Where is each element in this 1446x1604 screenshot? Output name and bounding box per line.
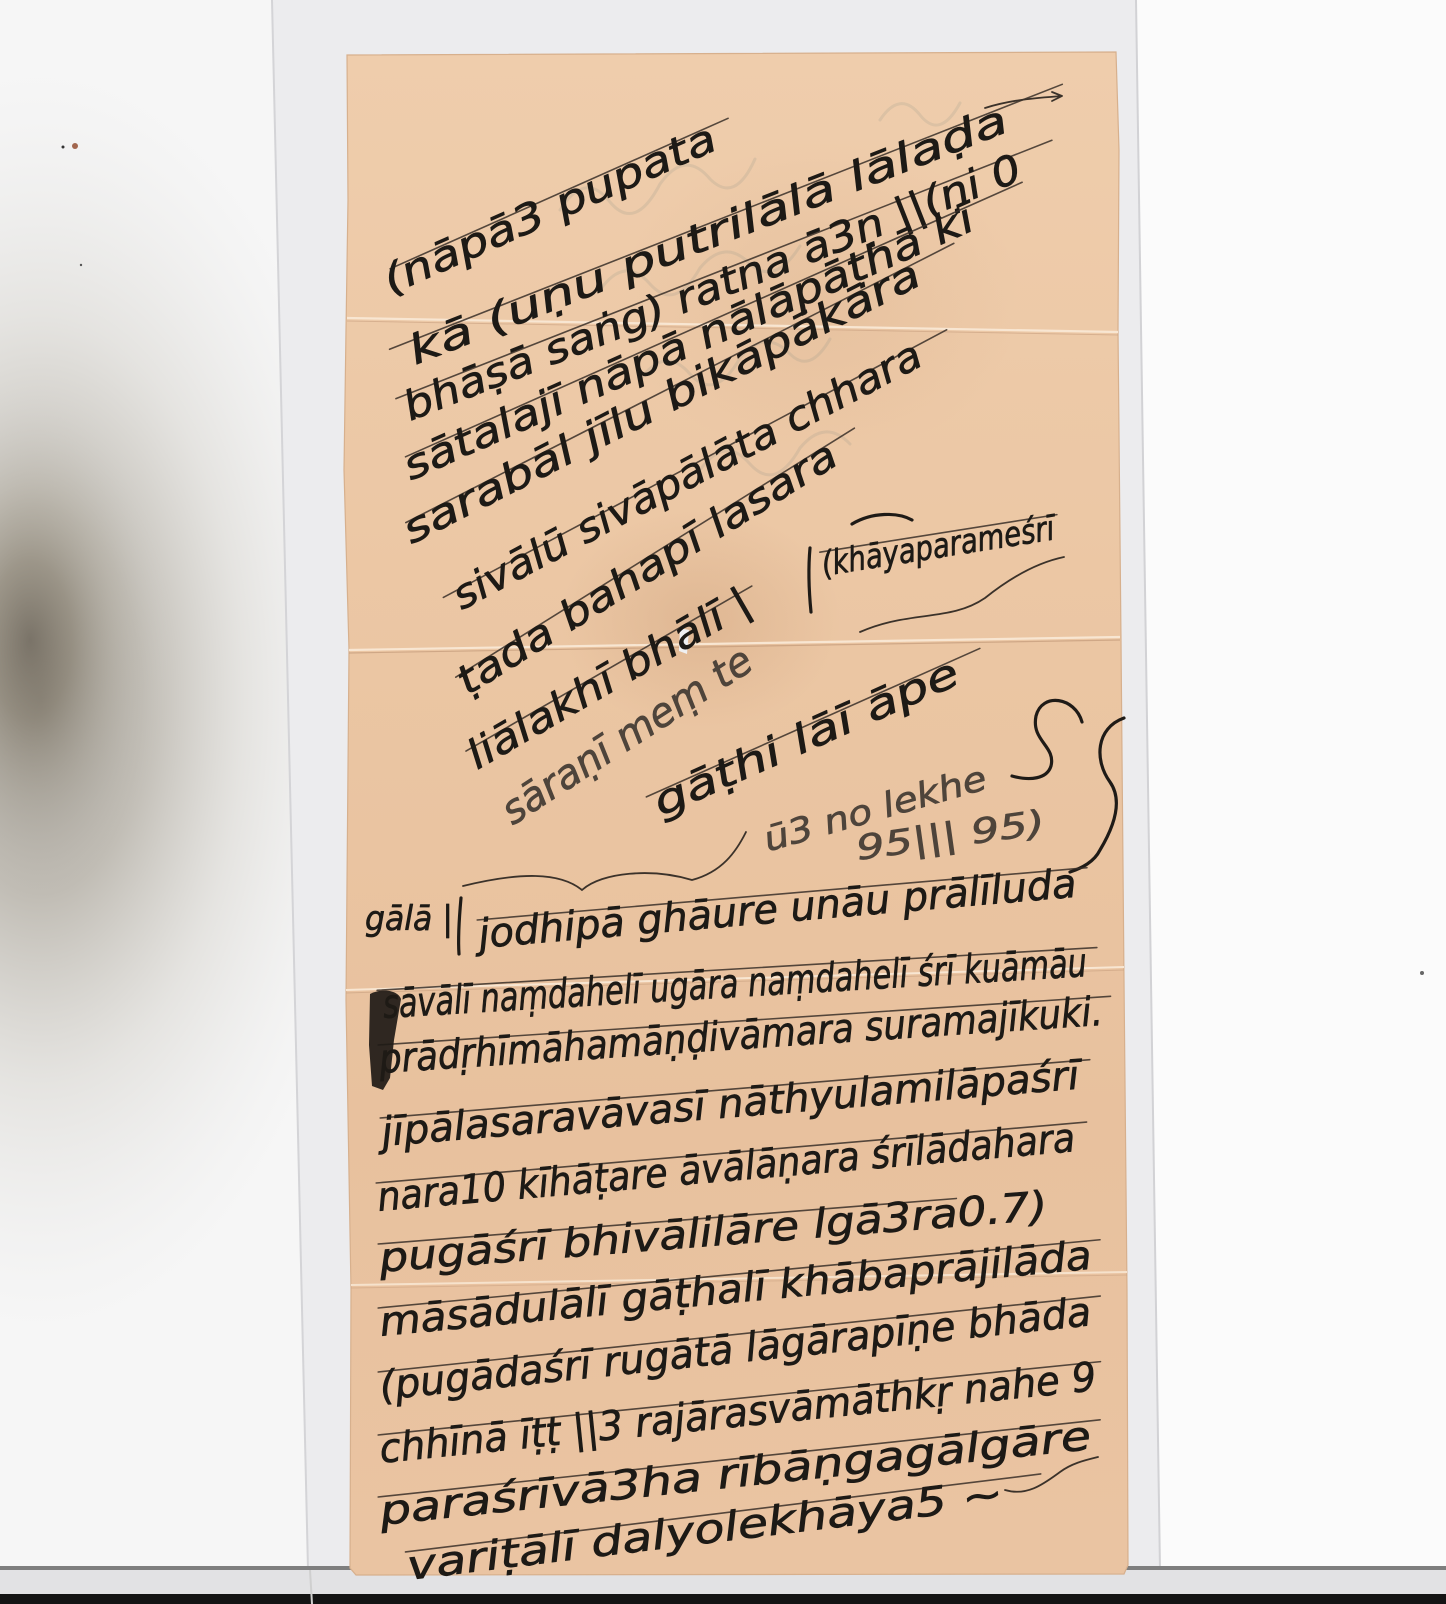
scanner-lid-edge — [0, 1594, 1446, 1604]
speck — [62, 146, 65, 149]
line-prefix: gālā | — [365, 899, 453, 939]
speck — [80, 264, 82, 266]
right-background — [1136, 0, 1446, 1570]
speck — [72, 143, 78, 149]
speck — [1420, 971, 1424, 975]
scanned-document: (nāpā3 pupata kā (uṇu putrilālā lālaḍa b… — [0, 0, 1446, 1604]
